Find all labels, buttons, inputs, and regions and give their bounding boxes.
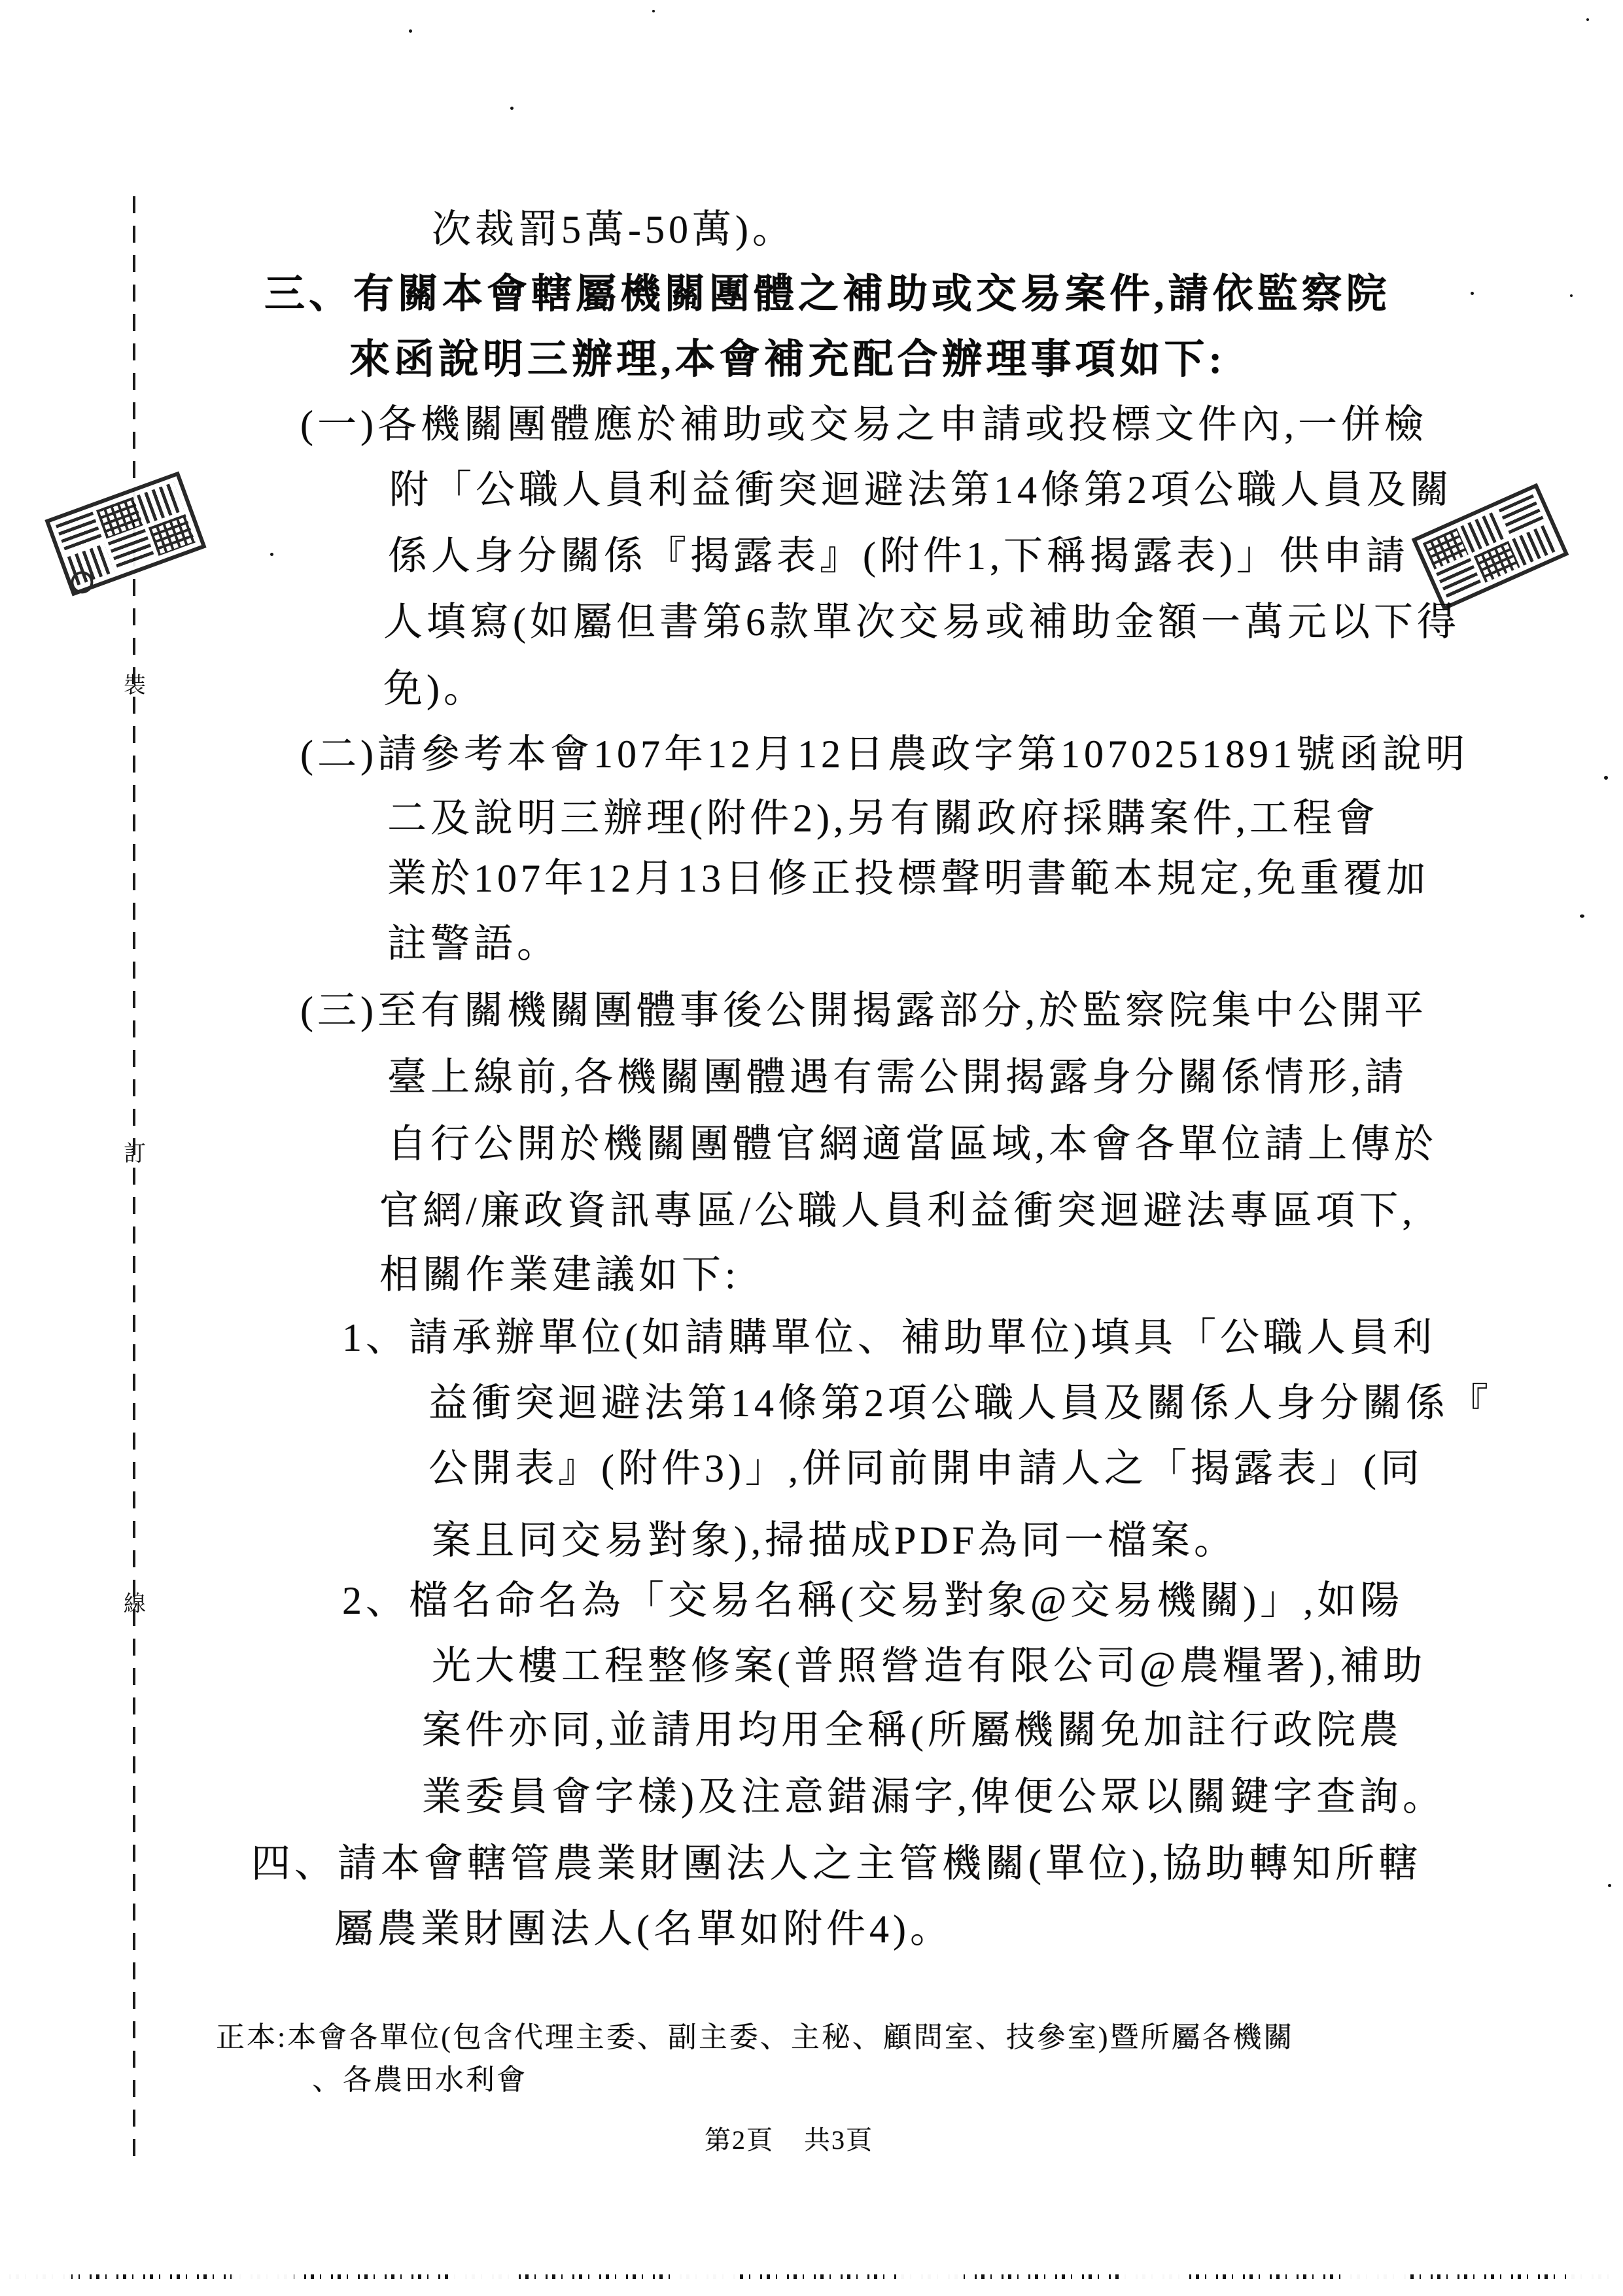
scan-noise-line [9, 2274, 1613, 2279]
text-line: 益衝突迴避法第14條第2項公職人員及關係人身分關係『 [428, 1382, 1492, 1425]
subitem-1-line: 1、請承辦單位(如請購單位、補助單位)填具「公職人員利 [342, 1316, 1436, 1360]
text-line: 相關作業建議如下: [379, 1253, 740, 1297]
scan-noise-dot [1586, 18, 1589, 21]
scan-noise-dot [510, 107, 514, 110]
text-line: 係人身分關係『揭露表』(附件1,下稱揭露表)」供申請 [388, 534, 1409, 578]
scan-noise-dot [1580, 914, 1584, 918]
item-3-line: (三)至有關機關團體事後公開揭露部分,於監察院集中公開平 [300, 989, 1427, 1033]
scan-noise-dot [1604, 776, 1608, 780]
scan-noise-dot [1471, 292, 1474, 295]
text-line: 屬農業財團法人(名單如附件4)。 [334, 1907, 953, 1951]
subitem-2-line: 2、檔名命名為「交易名稱(交易對象@交易機關)」,如陽 [342, 1579, 1403, 1623]
text-line: 二及說明三辦理(附件2),另有關政府採購案件,工程會 [387, 797, 1379, 841]
text-line: 註警語。 [387, 922, 560, 966]
text-line: 業於107年12月13日修正投標聲明書範本規定,免重覆加 [387, 857, 1429, 901]
text-line: 案件亦同,並請用均用全稱(所屬機關免加註行政院農 [422, 1709, 1403, 1752]
binding-mark-xian: 線 [122, 1586, 148, 1618]
scan-noise-dot [1608, 1884, 1611, 1887]
recipient-line: 正本:本會各單位(包含代理主委、副主委、主秘、顧問室、技參室)暨所屬各機關 [216, 2021, 1295, 2053]
official-seal-stamp-left [44, 471, 206, 596]
footer-page-indicator: 第2頁共3頁 [705, 2126, 873, 2155]
section-3-heading-continued: 來函說明三辦理,本會補充配合辦理事項如下: [349, 338, 1226, 383]
recipient-line-continued: 、各農田水利會 [312, 2064, 527, 2096]
text-line: 免)。 [383, 667, 487, 711]
text-line: 光大樓工程整修案(普照營造有限公司@農糧署),補助 [432, 1644, 1426, 1688]
scan-noise-dot [409, 29, 412, 33]
scan-noise-dot [270, 553, 273, 556]
section-4-line: 四、請本會轄管農業財團法人之主管機關(單位),協助轉知所轄 [251, 1842, 1422, 1886]
text-line: 自行公開於機關團體官網適當區域,本會各單位請上傳於 [387, 1122, 1437, 1166]
text-line: 公開表』(附件3)」,併同前開申請人之「揭露表」(同 [428, 1447, 1423, 1491]
scan-noise-dot [652, 10, 655, 12]
section-3-heading: 三、有關本會轄屬機關團體之補助或交易案件,請依監察院 [264, 272, 1391, 317]
footer-page-number: 第2頁 [705, 2125, 774, 2155]
item-2-line: (二)請參考本會107年12月12日農政字第1070251891號函說明 [300, 733, 1469, 776]
footer-total-pages: 共3頁 [804, 2125, 873, 2155]
scan-noise-dot [1570, 294, 1573, 297]
scanned-document-page: 裝 訂 線 次裁罰5萬-50萬)。 三、有關本會轄屬機關團體之補助或交易案件,請… [0, 0, 1623, 2296]
binding-mark-ding: 訂 [122, 1136, 148, 1168]
text-line: 臺上線前,各機關團體遇有需公開揭露身分關係情形,請 [387, 1056, 1408, 1100]
binding-mark-zhuang: 裝 [122, 667, 148, 699]
text-line: 人填寫(如屬但書第6款單次交易或補助金額一萬元以下得 [383, 600, 1460, 644]
text-line: 次裁罰5萬-50萬)。 [432, 208, 795, 252]
text-line: 業委員會字樣)及注意錯漏字,俾便公眾以關鍵字查詢。 [422, 1775, 1446, 1819]
text-line: 案且同交易對象),掃描成PDF為同一檔案。 [432, 1519, 1237, 1563]
item-1-line: (一)各機關團體應於補助或交易之申請或投標文件內,一併檢 [300, 403, 1427, 447]
text-line: 附「公職人員利益衝突迴避法第14條第2項公職人員及關 [389, 468, 1453, 512]
text-line: 官網/廉政資訊專區/公職人員利益衝突迴避法專區項下, [379, 1189, 1416, 1233]
